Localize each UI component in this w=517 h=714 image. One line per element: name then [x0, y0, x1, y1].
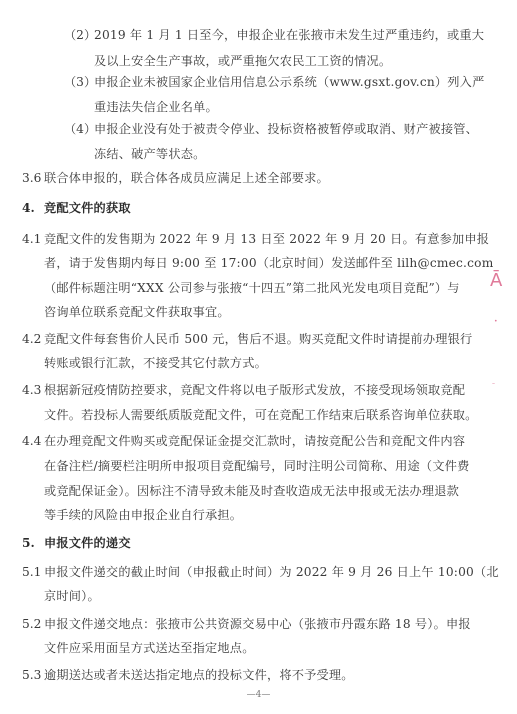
clause-5-2-line-2: 文件应采用面呈方式送达至指定地点。 — [44, 640, 255, 656]
clause-4-1-line-3: （邮件标题注明“XXX 公司参与张掖“十四五”第二批风光发电项目竞配”）与 — [44, 280, 460, 296]
item-3-line-2: 重违法失信企业名单。 — [94, 99, 218, 115]
clause-5-2-number: 5.2 — [22, 616, 41, 632]
clause-4-2-number: 4.2 — [22, 331, 41, 347]
item-4-line-2: 冻结、破产等状态。 — [94, 146, 206, 162]
clause-5-1-line-1: 申报文件递交的截止时间（申报截止时间）为 2022 年 9 月 26 日上午 1… — [44, 564, 499, 580]
clause-4-1-number: 4.1 — [22, 231, 41, 247]
clause-4-1-line-1: 竞配文件的发售期为 2022 年 9 月 13 日至 2022 年 9 月 20… — [44, 231, 489, 247]
margin-dot-icon: – — [492, 380, 495, 387]
clause-4-2-line-2: 转账或银行汇款，不接受其它付款方式。 — [44, 355, 267, 371]
margin-dot-icon: • — [494, 318, 498, 325]
clause-5-3-text: 逾期送达或者未送达指定地点的投标文件，将不予受理。 — [44, 667, 354, 683]
clause-4-2-line-1: 竞配文件每套售价人民币 500 元，售后不退。购买竞配文件时请提前办理银行 — [44, 331, 472, 347]
clause-4-4-line-3: 或竞配保证金）。因标注不清导致未能及时查收造成无法申报或无法办理退款 — [44, 483, 459, 499]
item-2-number: （2） — [64, 27, 96, 43]
item-4-number: （4） — [64, 121, 96, 137]
item-2-line-2: 及以上安全生产事故，或严重拖欠农民工工资的情况。 — [94, 53, 391, 69]
clause-4-3-line-2: 文件。若投标人需要纸质版竞配文件，可在竞配工作结束后联系咨询单位获取。 — [44, 407, 478, 423]
section-5-number: 5. — [22, 535, 35, 551]
margin-mark-icon: Ā — [490, 270, 502, 291]
clause-3-6-number: 3.6 — [22, 170, 41, 186]
clause-4-3-number: 4.3 — [22, 382, 41, 398]
clause-5-1-line-2: 京时间）。 — [44, 588, 100, 604]
clause-4-4-line-4: 等手续的风险由申报企业自行承担。 — [44, 507, 242, 523]
item-2-line-1: 2019 年 1 月 1 日至今，申报企业在张掖市未发生过严重违约，或重大 — [94, 27, 484, 43]
section-5-title: 申报文件的递交 — [44, 535, 131, 551]
item-4-line-1: 申报企业没有处于被责令停业、投标资格被暂停或取消、财产被接管、 — [94, 121, 478, 137]
item-3-line-1: 申报企业未被国家企业信用信息公示系统（www.gsxt.gov.cn）列入严 — [94, 74, 484, 90]
clause-4-1-line-4: 咨询单位联系竞配文件获取事宜。 — [44, 304, 230, 320]
document-page: （2） 2019 年 1 月 1 日至今，申报企业在张掖市未发生过严重违约，或重… — [0, 0, 517, 714]
clause-3-6-text: 联合体申报的，联合体各成员应满足上述全部要求。 — [44, 170, 329, 186]
clause-4-4-line-1: 在办理竞配文件购买或竞配保证金提交汇款时，请按竞配公告和竞配文件内容 — [44, 433, 465, 449]
section-4-title: 竞配文件的获取 — [44, 200, 131, 216]
clause-5-1-number: 5.1 — [22, 564, 41, 580]
clause-4-4-number: 4.4 — [22, 433, 41, 449]
item-3-number: （3） — [64, 74, 96, 90]
page-number: —4— — [0, 690, 517, 700]
clause-5-3-number: 5.3 — [22, 667, 41, 683]
clause-4-1-line-2: 者，请于发售期内每日 9:00 至 17:00（北京时间）发送邮件至 lilh@… — [44, 255, 493, 271]
section-4-number: 4. — [22, 200, 35, 216]
clause-5-2-line-1: 申报文件递交地点：张掖市公共资源交易中心（张掖市丹霞东路 18 号）。申报 — [44, 616, 471, 632]
clause-4-3-line-1: 根据新冠疫情防控要求，竞配文件将以电子版形式发放，不接受现场领取竞配 — [44, 382, 465, 398]
clause-4-4-line-2: 在备注栏/摘要栏注明所申报项目竞配编号，同时注明公司简称、用途（文件费 — [44, 458, 469, 474]
